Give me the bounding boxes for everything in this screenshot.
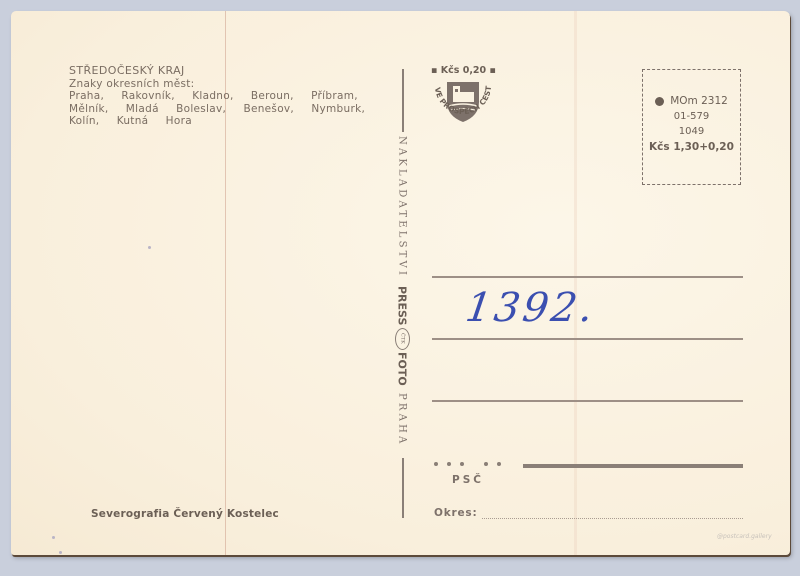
stamp-number: 1049 <box>643 126 740 137</box>
handwritten-number: 1392. <box>463 285 599 331</box>
publisher-brand-left: PRESS <box>396 286 409 325</box>
dot-icon <box>460 462 464 466</box>
center-divider <box>402 69 404 132</box>
psc-label: PSČ <box>452 474 484 486</box>
publisher-imprint: NAKLADATELSTVI PRESS ČTK FOTO PRAHA <box>395 136 409 454</box>
dot-icon <box>434 462 438 466</box>
watermark: @postcard.gallery <box>717 533 772 540</box>
city-list-line: Mělník, Mladá Boleslav, Benešov, Nymburk… <box>69 103 365 116</box>
ctk-logo-icon: ČTK <box>395 328 410 350</box>
city-list-line: Praha, Rakovník, Kladno, Beroun, Příbram… <box>69 90 365 103</box>
subtitle: Znaky okresních měst: <box>69 78 365 91</box>
paper-speck <box>52 536 55 539</box>
city-list-line: Kolín, Kutná Hora <box>69 115 365 128</box>
publisher-city: PRAHA <box>397 393 408 446</box>
paper-speck <box>148 246 151 249</box>
publisher-prefix: NAKLADATELSTVI <box>397 136 408 278</box>
publisher-brand-right: FOTO <box>396 352 409 386</box>
stamp-number: 01-579 <box>643 111 740 122</box>
castle-shield-icon: VE PROSPĚCH CESTOVNÍHO RUCHU <box>427 62 499 134</box>
printer-credit: Severografia Červený Kostelec <box>91 508 279 520</box>
postal-code-line <box>523 464 743 468</box>
stamp-code: MOm 2312 <box>670 95 728 107</box>
address-line <box>432 400 743 402</box>
okres-label: Okres: <box>434 507 477 519</box>
dot-icon <box>655 97 664 106</box>
stamp-placeholder: MOm 2312 01-579 1049 Kčs 1,30+0,20 <box>642 69 741 185</box>
paper-crease <box>574 11 577 555</box>
dot-icon <box>497 462 501 466</box>
center-divider <box>402 458 404 518</box>
paper-speck <box>59 551 62 554</box>
postal-code-dots <box>434 462 501 466</box>
address-line <box>432 276 743 278</box>
address-line <box>432 338 743 340</box>
dot-icon <box>484 462 488 466</box>
postcard-back: STŘEDOČESKÝ KRAJ Znaky okresních měst: P… <box>11 11 790 555</box>
tourism-emblem: ▪ Kčs 0,20 ▪ VE PROSPĚCH CESTOVNÍHO RUCH… <box>427 62 499 134</box>
dot-icon <box>447 462 451 466</box>
stamp-price: Kčs 1,30+0,20 <box>643 141 740 153</box>
okres-line <box>482 518 743 519</box>
region-title: STŘEDOČESKÝ KRAJ <box>69 65 365 78</box>
card-description: STŘEDOČESKÝ KRAJ Znaky okresních měst: P… <box>69 65 365 128</box>
